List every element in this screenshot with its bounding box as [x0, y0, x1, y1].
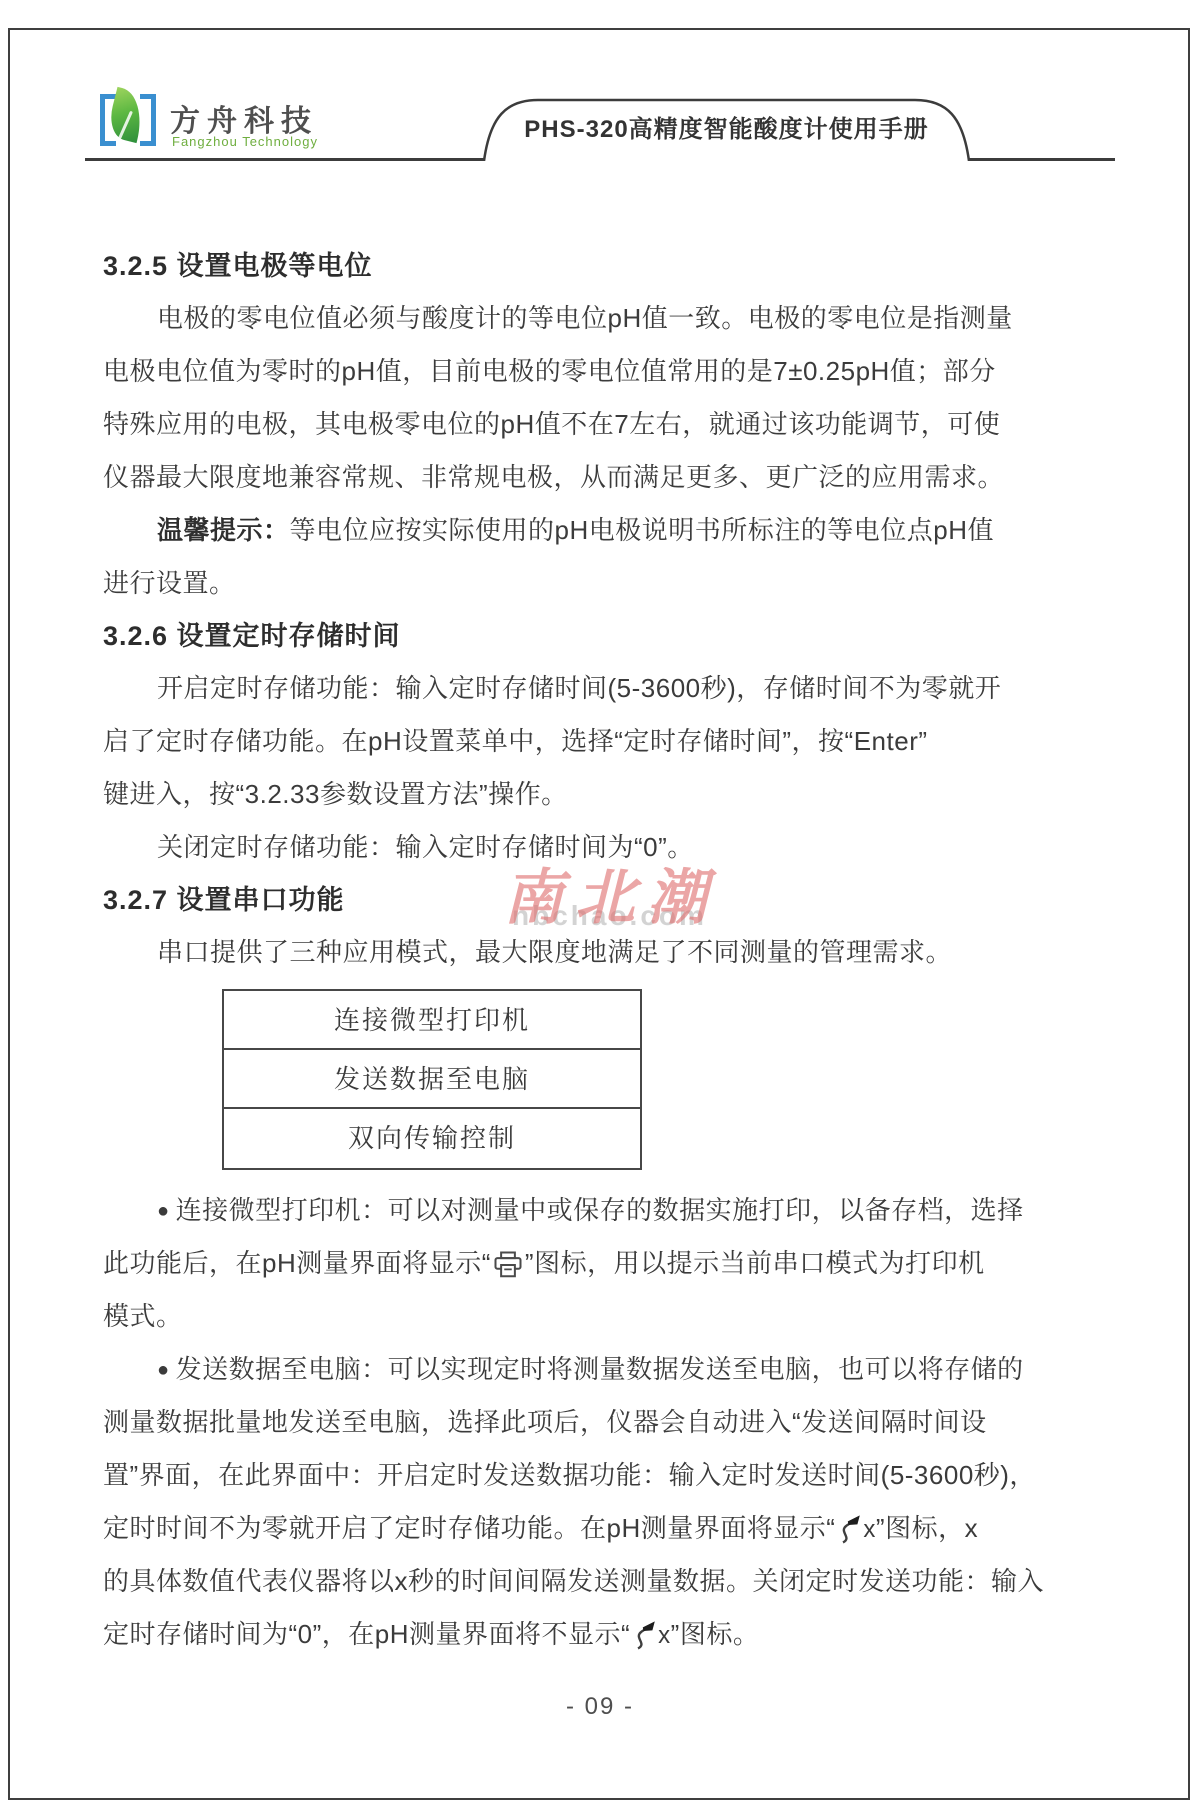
tip-line: 温馨提示：等电位应按实际使用的pH电极说明书所标注的等电位点pH值 [103, 504, 1103, 557]
tip-label: 温馨提示： [157, 515, 290, 545]
send-icon-x-label: x [863, 1516, 876, 1543]
bullet-send-line3: 置”界面，在此界面中：开启定时发送数据功能：输入定时发送时间(5-3600秒)， [103, 1449, 1103, 1502]
page-number: - 09 - [0, 1693, 1200, 1721]
paragraph-line: 电极电位值为零时的pH值，目前电极的零电位值常用的是7±0.25pH值；部分 [103, 345, 1103, 398]
manual-title-banner: PHS-320高精度智能酸度计使用手册 [474, 93, 979, 161]
bullet-text: 定时时间不为零就开启了定时存储功能。在pH测量界面将显示“ [103, 1513, 835, 1543]
section-heading-3-2-7: 3.2.7 设置串口功能 [103, 874, 1103, 926]
bullet-icon: ● [157, 1200, 176, 1222]
bullet-send-line4: 定时时间不为零就开启了定时存储功能。在pH测量界面将显示“x”图标，x [103, 1502, 1103, 1555]
paragraph-line: 关闭定时存储功能：输入定时存储时间为“0”。 [103, 821, 1103, 874]
paragraph-line: 启了定时存储功能。在pH设置菜单中，选择“定时存储时间”，按“Enter” [103, 715, 1103, 768]
paragraph-line: 串口提供了三种应用模式，最大限度地满足了不同测量的管理需求。 [103, 926, 1103, 979]
printer-icon [493, 1244, 523, 1297]
brand-name-en: Fangzhou Technology [172, 134, 318, 149]
table-row: 发送数据至电脑 [224, 1050, 640, 1109]
bullet-printer-line1: ●连接微型打印机：可以对测量中或保存的数据实施打印，以备存档，选择 [103, 1184, 1103, 1237]
section-heading-3-2-6: 3.2.6 设置定时存储时间 [103, 610, 1103, 662]
paragraph-line: 仪器最大限度地兼容常规、非常规电极，从而满足更多、更广泛的应用需求。 [103, 451, 1103, 504]
bullet-send-line2: 测量数据批量地发送至电脑，选择此项后，仪器会自动进入“发送间隔时间设 [103, 1396, 1103, 1449]
leaf-bracket-logo-icon [100, 92, 156, 148]
bullet-text: ”图标，用以提示当前串口模式为打印机 [525, 1248, 985, 1278]
paragraph-line: 进行设置。 [103, 557, 1103, 610]
serial-modes-table: 连接微型打印机 发送数据至电脑 双向传输控制 [222, 989, 642, 1170]
send-icon-x-label: x [658, 1622, 671, 1649]
page-content: 3.2.5 设置电极等电位 电极的零电位值必须与酸度计的等电位pH值一致。电极的… [103, 240, 1103, 1661]
tip-text: 等电位应按实际使用的pH电极说明书所标注的等电位点pH值 [290, 515, 994, 545]
bullet-text: ”图标。 [671, 1619, 760, 1649]
timed-send-icon [632, 1615, 656, 1668]
bullet-printer-line3: 模式。 [103, 1290, 1103, 1343]
bullet-send-line6: 定时存储时间为“0”，在pH测量界面将不显示“x”图标。 [103, 1608, 1103, 1661]
company-logo: 方舟科技 Fangzhou Technology [100, 90, 420, 156]
paragraph-line: 特殊应用的电极，其电极零电位的pH值不在7左右，就通过该功能调节，可使 [103, 398, 1103, 451]
paragraph-line: 键进入，按“3.2.33参数设置方法”操作。 [103, 768, 1103, 821]
bullet-text: 发送数据至电脑：可以实现定时将测量数据发送至电脑，也可以将存储的 [176, 1354, 1024, 1384]
table-row: 双向传输控制 [224, 1109, 640, 1168]
table-row: 连接微型打印机 [224, 991, 640, 1050]
bullet-icon: ● [157, 1359, 176, 1381]
bullet-printer-line2: 此功能后，在pH测量界面将显示“”图标，用以提示当前串口模式为打印机 [103, 1237, 1103, 1290]
manual-title: PHS-320高精度智能酸度计使用手册 [474, 109, 979, 144]
bullet-text: 定时存储时间为“0”，在pH测量界面将不显示“ [103, 1619, 630, 1649]
bullet-send-line1: ●发送数据至电脑：可以实现定时将测量数据发送至电脑，也可以将存储的 [103, 1343, 1103, 1396]
bullet-text: ”图标，x [876, 1513, 978, 1543]
logo-bracket-right [140, 94, 156, 146]
paragraph-line: 开启定时存储功能：输入定时存储时间(5-3600秒)，存储时间不为零就开 [103, 662, 1103, 715]
bullet-text: 连接微型打印机：可以对测量中或保存的数据实施打印，以备存档，选择 [176, 1195, 1024, 1225]
bullet-text: 此功能后，在pH测量界面将显示“ [103, 1248, 491, 1278]
section-heading-3-2-5: 3.2.5 设置电极等电位 [103, 240, 1103, 292]
paragraph-line: 电极的零电位值必须与酸度计的等电位pH值一致。电极的零电位是指测量 [103, 292, 1103, 345]
bullet-send-line5: 的具体数值代表仪器将以x秒的时间间隔发送测量数据。关闭定时发送功能：输入 [103, 1555, 1103, 1608]
